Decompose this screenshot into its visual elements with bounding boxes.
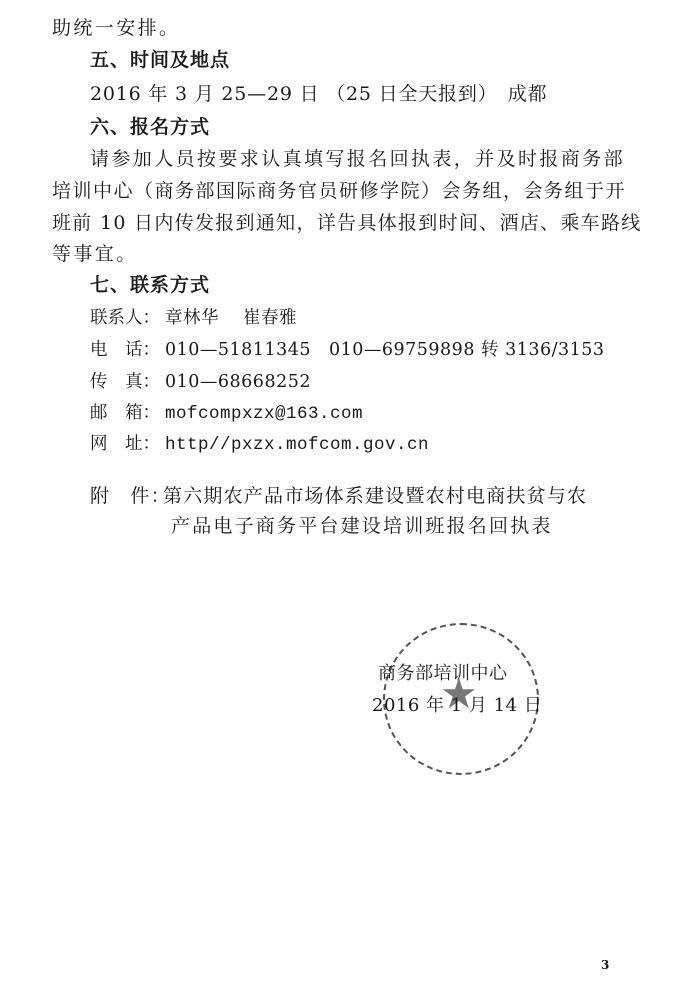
attachment-row: 附 件：第六期农产品市场体系建设暨农村电商扶贫与农 [90, 483, 587, 509]
website-value: http//pxzx.mofcom.gov.cn [165, 435, 429, 455]
attachment-title-line-2: 产品电子商务平台建设培训班报名回执表 [171, 513, 553, 539]
signature-organization: 商务部培训中心 [378, 659, 508, 685]
section-6-heading: 六、报名方式 [90, 114, 210, 140]
fax-label: 传 真： [90, 369, 165, 395]
contact-person-row: 联系人：章林华 崔春雅 [90, 305, 297, 331]
page-number: 3 [601, 958, 609, 972]
attachment-label: 附 件： [90, 483, 163, 509]
phone-label: 电 话： [90, 337, 165, 363]
phone-row: 电 话：010—51811345 010—69759898 转 3136/315… [90, 337, 605, 363]
continuation-text: 助统一安排。 [52, 15, 180, 41]
fax-row: 传 真：010—68668252 [90, 369, 311, 395]
section-6-line-4: 等事宜。 [52, 241, 138, 267]
website-row: 网 址：http//pxzx.mofcom.gov.cn [90, 431, 429, 458]
website-label: 网 址： [90, 431, 165, 457]
contact-person-label: 联系人： [90, 305, 165, 331]
contact-person-value: 章林华 崔春雅 [165, 308, 297, 328]
section-7-heading: 七、联系方式 [90, 272, 210, 298]
fax-value: 010—68668252 [165, 372, 311, 392]
section-5-heading: 五、时间及地点 [90, 47, 230, 73]
section-6-line-2: 培训中心（商务部国际商务官员研修学院）会务组，会务组于开 [52, 178, 626, 204]
section-6-line-1: 请参加人员按要求认真填写报名回执表，并及时报商务部 [90, 146, 625, 172]
email-row: 邮 箱：mofcompxzx@163.com [90, 400, 363, 427]
signature-date: 2016 年 1 月 14 日 [372, 691, 542, 717]
email-label: 邮 箱： [90, 400, 165, 426]
section-6-line-3: 班前 10 日内传发报到通知，详告具体报到时间、酒店、乘车路线 [52, 210, 642, 236]
phone-value: 010—51811345 010—69759898 转 3136/3153 [165, 340, 605, 360]
attachment-title-line-1: 第六期农产品市场体系建设暨农村电商扶贫与农 [163, 485, 587, 507]
email-value: mofcompxzx@163.com [165, 404, 363, 424]
section-5-text: 2016 年 3 月 25—29 日 （25 日全天报到） 成都 [90, 81, 547, 107]
